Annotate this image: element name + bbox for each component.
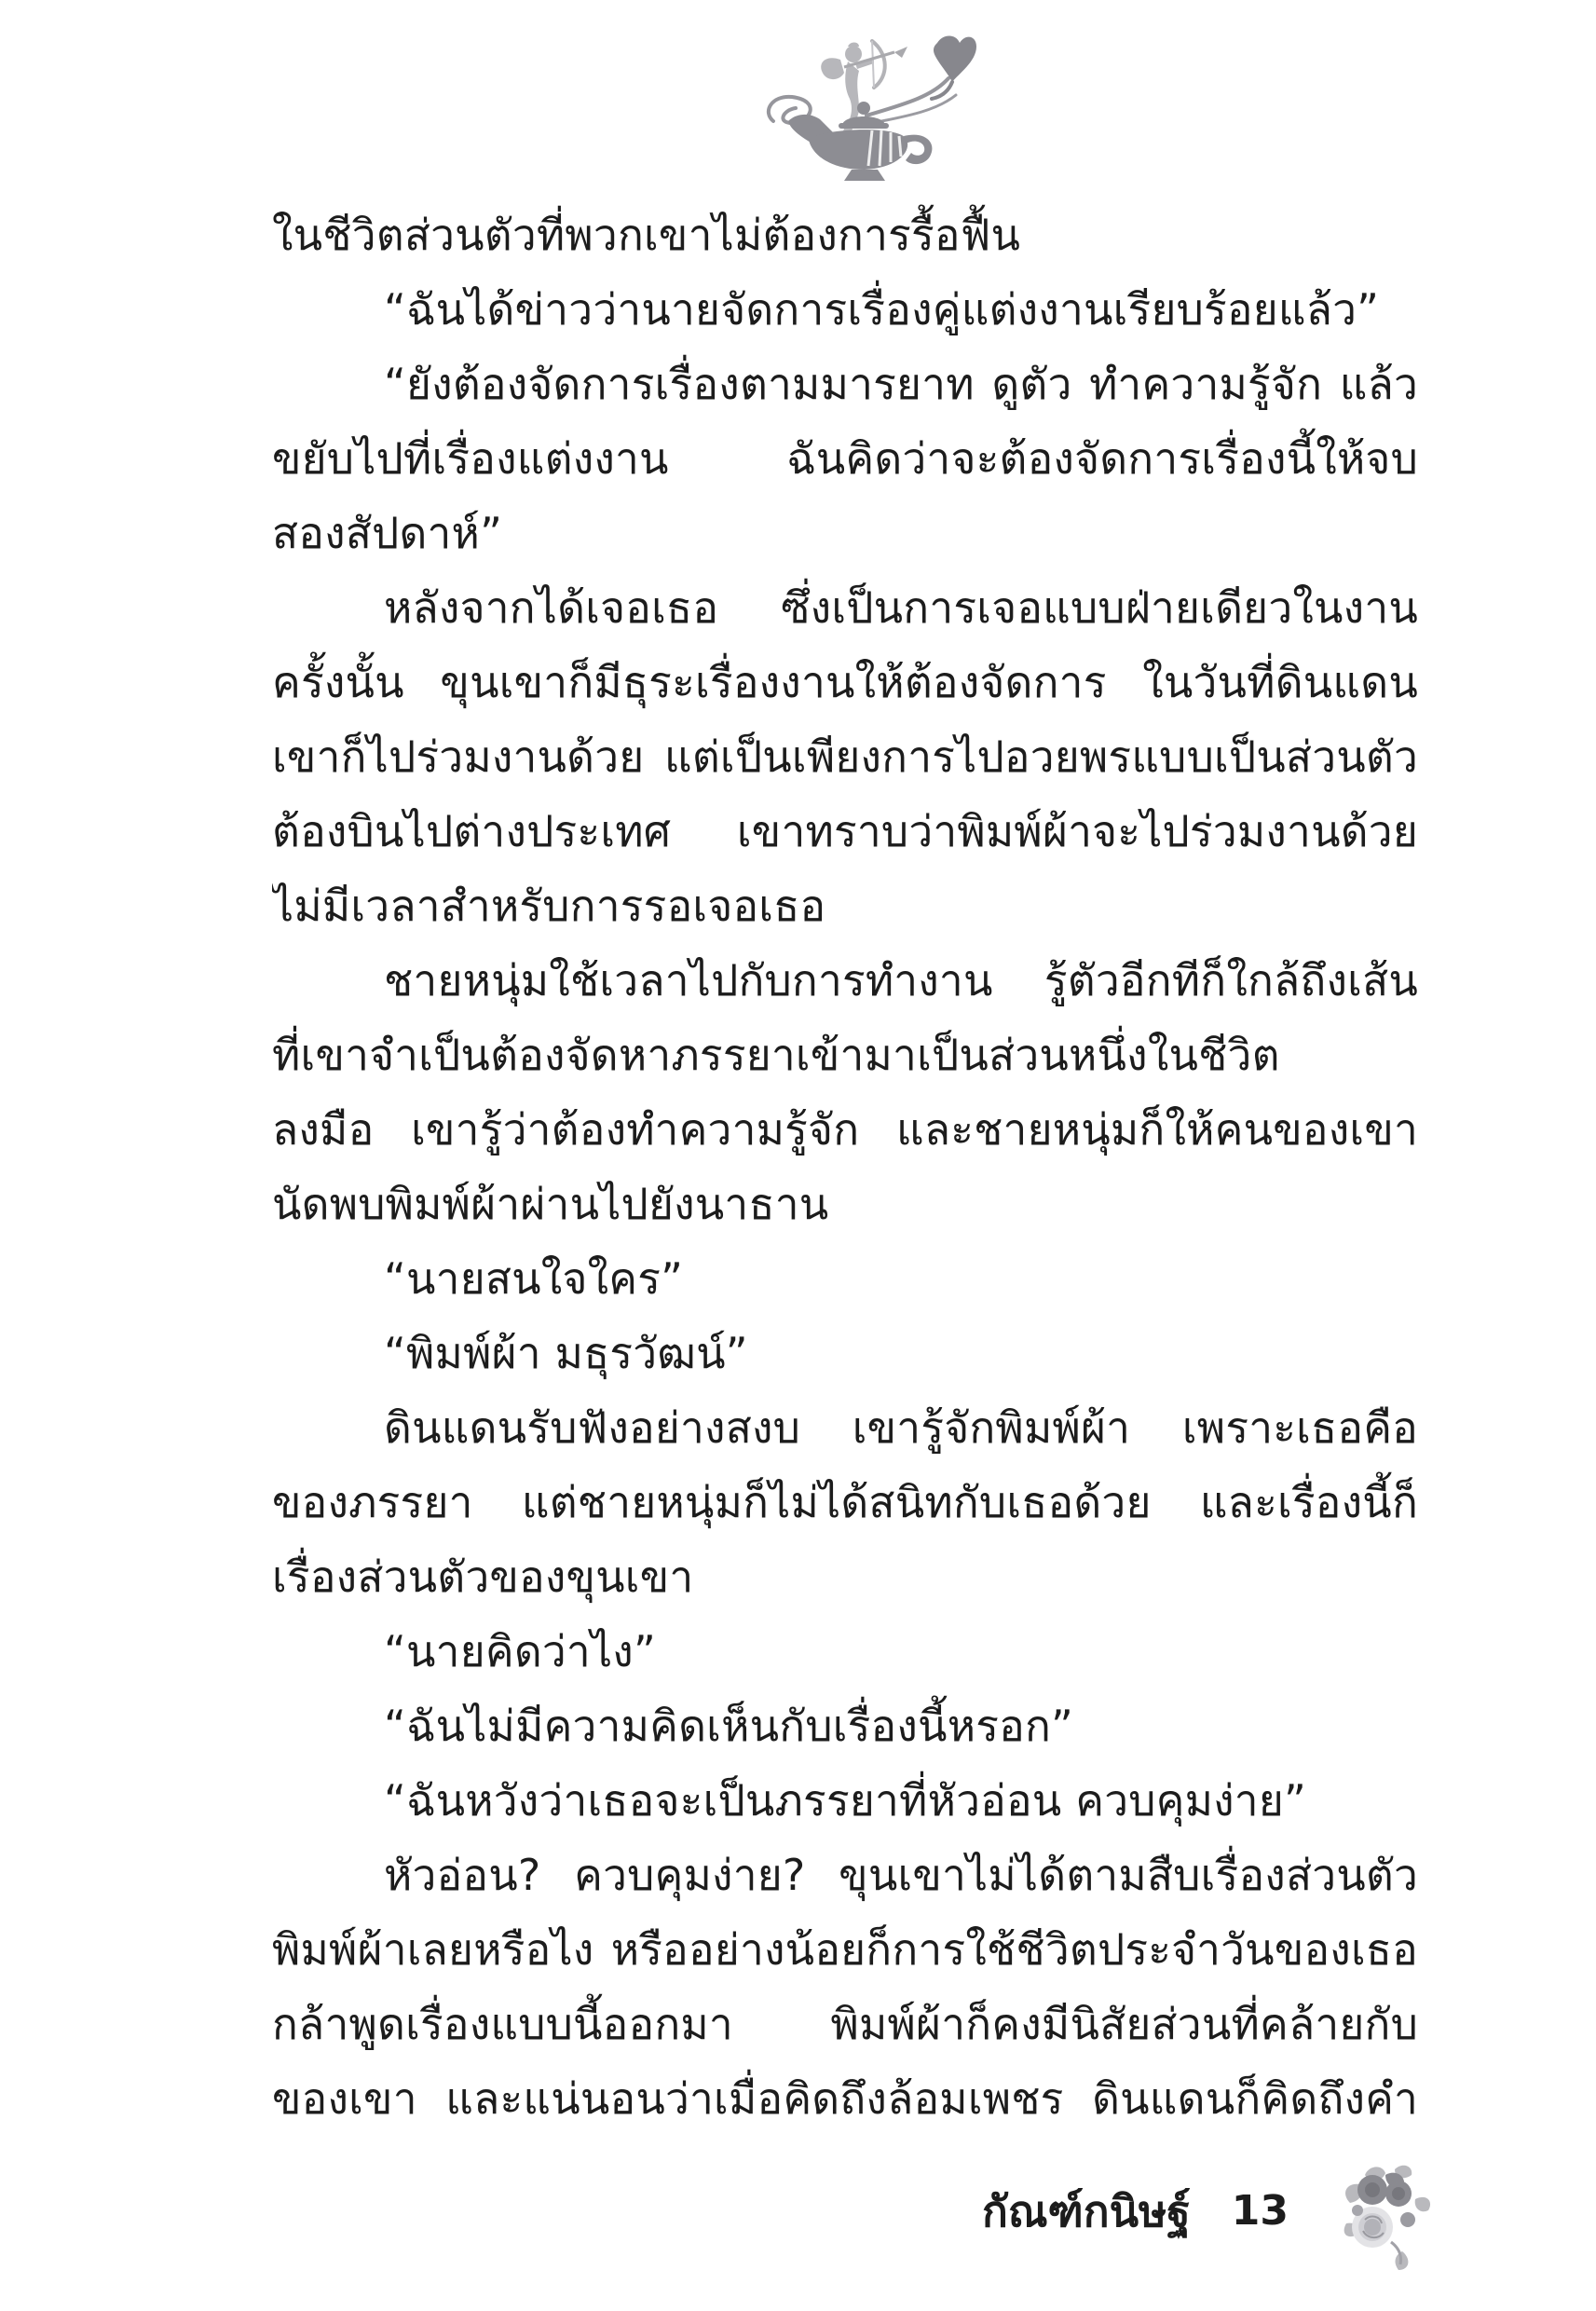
text-line: “ฉันหวังว่าเธอจะเป็นภรรยาที่หัวอ่อน ควบค… xyxy=(272,1763,1418,1838)
text-line: หัวอ่อน? ควบคุมง่าย? ขุนเขาไม่ได้ตามสืบเ… xyxy=(272,1838,1418,1912)
text-line: ต้องบินไปต่างประเทศ เขาทราบว่าพิมพ์ผ้าจะ… xyxy=(272,794,1418,868)
text-line: กล้าพูดเรื่องแบบนี้ออกมา พิมพ์ผ้าก็คงมีน… xyxy=(272,1987,1418,2061)
body-text: ในชีวิตส่วนตัวที่พวกเขาไม่ต้องการรื้อฟื้… xyxy=(272,198,1418,2136)
text-line: “พิมพ์ผ้า มธุรวัฒน์” xyxy=(272,1316,1418,1390)
book-page: ในชีวิตส่วนตัวที่พวกเขาไม่ต้องการรื้อฟื้… xyxy=(0,0,1596,2311)
text-line: ขยับไปที่เรื่องแต่งงาน ฉันคิดว่าจะต้องจั… xyxy=(272,421,1418,496)
text-line: ของภรรยา แต่ชายหนุ่มก็ไม่ได้สนิทกับเธอด้… xyxy=(272,1465,1418,1539)
footer-book-title: กัณฑ์กนิษฐ์ xyxy=(982,2179,1191,2244)
text-line: สองสัปดาห์” xyxy=(272,496,1418,570)
text-line: ที่เขาจำเป็นต้องจัดหาภรรยาเข้ามาเป็นส่วน… xyxy=(272,1018,1418,1092)
text-line: ชายหนุ่มใช้เวลาไปกับการทำงาน รู้ตัวอีกที… xyxy=(272,943,1418,1018)
text-line: พิมพ์ผ้าเลยหรือไง หรืออย่างน้อยก็การใช้ช… xyxy=(272,1912,1418,1987)
text-line: ครั้งนั้น ขุนเขาก็มีธุระเรื่องงานให้ต้อง… xyxy=(272,645,1418,719)
text-line: “นายคิดว่าไง” xyxy=(272,1614,1418,1689)
text-line: “ฉันไม่มีความคิดเห็นกับเรื่องนี้หรอก” xyxy=(272,1689,1418,1763)
ornament-svg xyxy=(755,26,978,185)
text-line: ของเขา และแน่นอนว่าเมื่อคิดถึงล้อมเพชร ด… xyxy=(272,2061,1418,2136)
text-line: ในชีวิตส่วนตัวที่พวกเขาไม่ต้องการรื้อฟื้… xyxy=(272,198,1418,272)
text-line: เขาก็ไปร่วมงานด้วย แต่เป็นเพียงการไปอวยพ… xyxy=(272,719,1418,794)
footer-page-number: 13 xyxy=(1232,2179,1289,2244)
text-line: เรื่องส่วนตัวของขุนเขา xyxy=(272,1539,1418,1614)
text-line: ดินแดนรับฟังอย่างสงบ เขารู้จักพิมพ์ผ้า เ… xyxy=(272,1390,1418,1465)
rose-bouquet-icon xyxy=(1337,2162,1439,2283)
text-line: ลงมือ เขารู้ว่าต้องทำความรู้จัก และชายหน… xyxy=(272,1092,1418,1167)
text-line: “ฉันได้ข่าวว่านายจัดการเรื่องคู่แต่งงานเ… xyxy=(272,272,1418,347)
text-line: ไม่มีเวลาสำหรับการรอเจอเธอ xyxy=(272,868,1418,943)
cupid-genie-lamp-icon xyxy=(755,26,978,185)
text-line: หลังจากได้เจอเธอ ซึ่งเป็นการเจอแบบฝ่ายเด… xyxy=(272,570,1418,645)
page-footer: กัณฑ์กนิษฐ์ 13 xyxy=(0,2179,1439,2283)
text-line: “ยังต้องจัดการเรื่องตามมารยาท ดูตัว ทำคว… xyxy=(272,347,1418,421)
text-line: “นายสนใจใคร” xyxy=(272,1241,1418,1316)
text-line: นัดพบพิมพ์ผ้าผ่านไปยังนาธาน xyxy=(272,1167,1418,1241)
